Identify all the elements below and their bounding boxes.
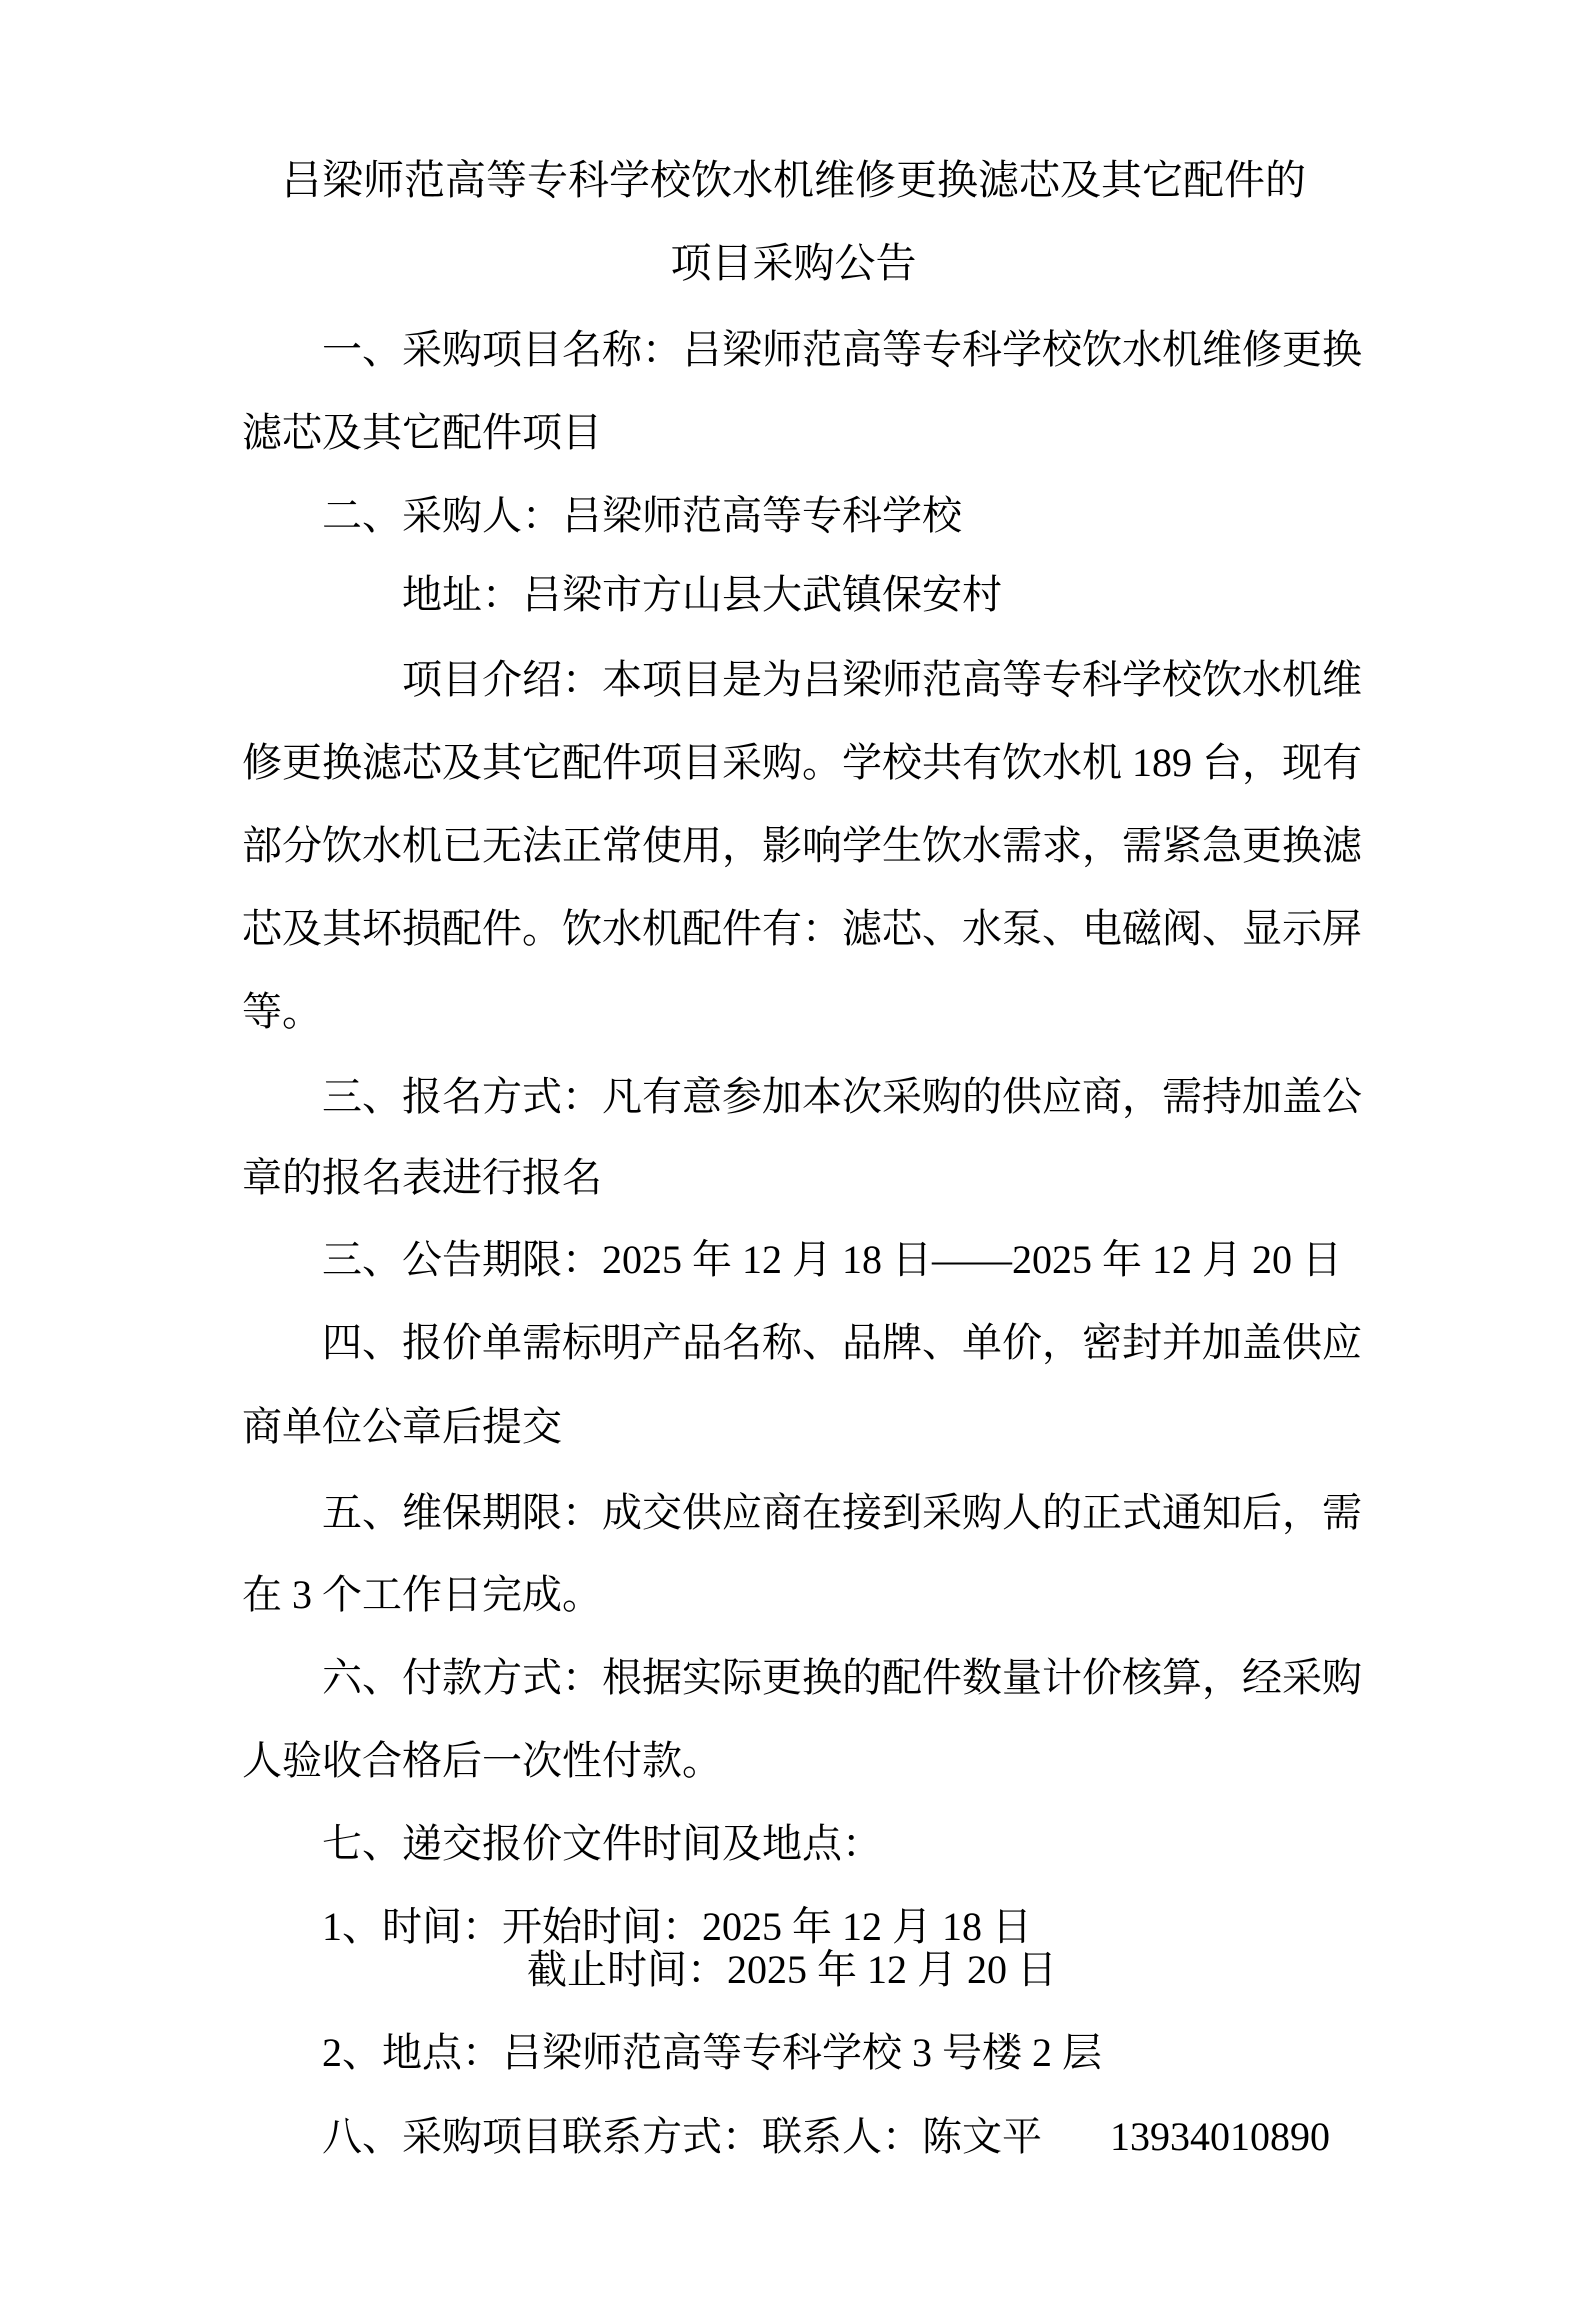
document-title-line-2: 项目采购公告 — [0, 238, 1587, 288]
section-5-maintenance: 五、维保期限：成交供应商在接到采购人的正式通知后，需 — [322, 1488, 1362, 1538]
section-7-time-end: 截止时间：2025 年 12 月 20 日 — [527, 1945, 1057, 1995]
section-8-contact: 八、采购项目联系方式：联系人：陈文平13934010890 — [322, 2112, 1330, 2162]
section-4-quotation: 四、报价单需标明产品名称、品牌、单价，密封并加盖供应 — [322, 1318, 1362, 1368]
document-title-line-1: 吕梁师范高等专科学校饮水机维修更换滤芯及其它配件的 — [0, 155, 1587, 205]
section-2-intro-cont: 等。 — [242, 987, 322, 1037]
document-page: 吕梁师范高等专科学校饮水机维修更换滤芯及其它配件的 项目采购公告 一、采购项目名… — [0, 0, 1587, 2314]
section-7-place: 2、地点：吕梁师范高等专科学校 3 号楼 2 层 — [322, 2028, 1102, 2078]
section-3-notice-period: 三、公告期限：2025 年 12 月 18 日——2025 年 12 月 20 … — [322, 1235, 1342, 1285]
section-2-intro: 项目介绍：本项目是为吕梁师范高等专科学校饮水机维 — [402, 655, 1362, 705]
section-1-project-name-cont: 滤芯及其它配件项目 — [242, 408, 602, 458]
contact-phone: 13934010890 — [1110, 2114, 1330, 2159]
section-5-maintenance-cont: 在 3 个工作日完成。 — [242, 1570, 602, 1620]
section-7-submission-heading: 七、递交报价文件时间及地点： — [322, 1819, 882, 1869]
section-2-intro-cont: 修更换滤芯及其它配件项目采购。学校共有饮水机 189 台，现有 — [242, 738, 1362, 788]
section-3-registration: 三、报名方式：凡有意参加本次采购的供应商，需持加盖公 — [322, 1072, 1362, 1122]
section-2-intro-cont: 部分饮水机已无法正常使用，影响学生饮水需求，需紧急更换滤 — [242, 821, 1362, 871]
section-1-project-name: 一、采购项目名称：吕梁师范高等专科学校饮水机维修更换 — [322, 325, 1362, 375]
section-2-address: 地址：吕梁市方山县大武镇保安村 — [402, 570, 1002, 620]
section-2-intro-cont: 芯及其坏损配件。饮水机配件有：滤芯、水泵、电磁阀、显示屏 — [242, 904, 1362, 954]
section-4-quotation-cont: 商单位公章后提交 — [242, 1402, 562, 1452]
contact-label: 八、采购项目联系方式：联系人：陈文平 — [322, 2114, 1042, 2159]
section-6-payment: 六、付款方式：根据实际更换的配件数量计价核算，经采购 — [322, 1653, 1362, 1703]
section-3-registration-cont: 章的报名表进行报名 — [242, 1153, 602, 1203]
section-6-payment-cont: 人验收合格后一次性付款。 — [242, 1736, 722, 1786]
section-2-purchaser: 二、采购人：吕梁师范高等专科学校 — [322, 491, 962, 541]
